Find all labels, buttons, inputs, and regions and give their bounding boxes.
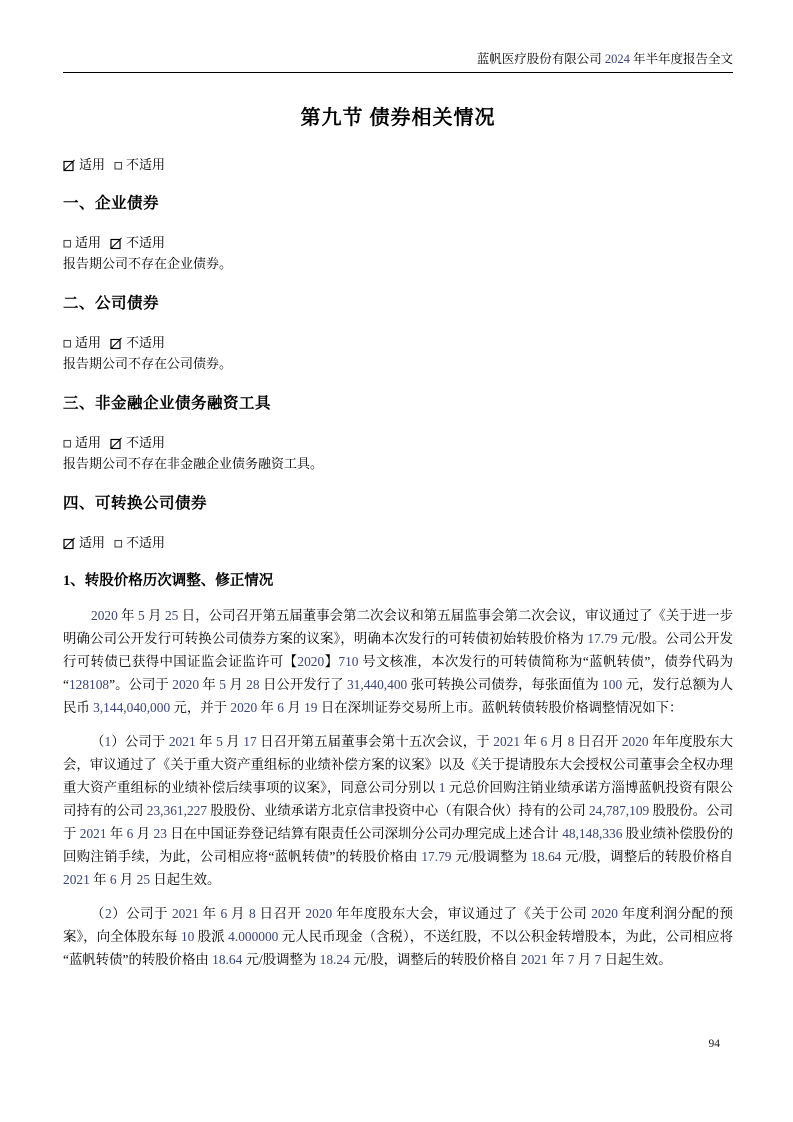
applicable-label: 适用 [75, 235, 101, 251]
section-note: 报告期公司不存在公司债券。 [63, 355, 733, 373]
not-applicable-label: 不适用 [126, 435, 165, 451]
checkbox-checked-icon [63, 536, 76, 550]
applicable-label: 适用 [75, 435, 101, 451]
checkbox-unchecked-icon [114, 536, 123, 550]
checkbox-checked-icon [110, 336, 123, 350]
not-applicable-label: 不适用 [126, 335, 165, 351]
applicability-row-top: 适用 不适用 [63, 157, 733, 173]
checkbox-checked-icon [110, 236, 123, 250]
paragraph-adjustment-1: （1）公司于 2021 年 5 月 17 日召开第五届董事会第十五次会议，于 2… [63, 730, 733, 891]
applicability-row-section-2: 适用 不适用 [63, 335, 733, 351]
page-content: 蓝帆医疗股份有限公司 2024 年半年度报告全文 第九节 债券相关情况 适用 不… [63, 0, 733, 971]
not-applicable-label: 不适用 [126, 535, 165, 551]
subsection-heading-conversion-price-adjustments: 1、转股价格历次调整、修正情况 [63, 572, 733, 591]
checkbox-checked-icon [110, 436, 123, 450]
checkbox-unchecked-icon [63, 436, 72, 450]
section-heading-convertible-bonds: 四、可转换公司债券 [63, 494, 733, 514]
checkbox-unchecked-icon [114, 158, 123, 172]
paragraph-adjustment-2: （2）公司于 2021 年 6 月 8 日召开 2020 年年度股东大会，审议通… [63, 902, 733, 971]
not-applicable-label: 不适用 [126, 157, 165, 173]
page-title: 第九节 债券相关情况 [63, 105, 733, 131]
section-heading-corporate-bonds: 一、企业债券 [63, 194, 733, 214]
applicable-label: 适用 [79, 157, 105, 173]
applicable-label: 适用 [75, 335, 101, 351]
page-number: 94 [709, 1038, 721, 1050]
not-applicable-label: 不适用 [126, 235, 165, 251]
applicable-label: 适用 [79, 535, 105, 551]
applicability-row-section-4: 适用 不适用 [63, 535, 733, 551]
section-heading-debt-financing-instruments: 三、非金融企业债务融资工具 [63, 394, 733, 414]
section-note: 报告期公司不存在非金融企业债务融资工具。 [63, 455, 733, 473]
paragraph-conversion-price-history: 2020 年 5 月 25 日，公司召开第五届董事会第二次会议和第五届监事会第二… [63, 604, 733, 719]
section-note: 报告期公司不存在企业债券。 [63, 255, 733, 273]
applicability-row-section-3: 适用 不适用 [63, 435, 733, 451]
page-header: 蓝帆医疗股份有限公司 2024 年半年度报告全文 [63, 0, 733, 73]
report-page: 蓝帆医疗股份有限公司 2024 年半年度报告全文 第九节 债券相关情况 适用 不… [0, 0, 793, 1122]
checkbox-unchecked-icon [63, 336, 72, 350]
applicability-row-section-1: 适用 不适用 [63, 235, 733, 251]
header-text: 蓝帆医疗股份有限公司 2024 年半年度报告全文 [477, 52, 733, 66]
checkbox-checked-icon [63, 158, 76, 172]
section-heading-company-bonds: 二、公司债券 [63, 294, 733, 314]
checkbox-unchecked-icon [63, 236, 72, 250]
